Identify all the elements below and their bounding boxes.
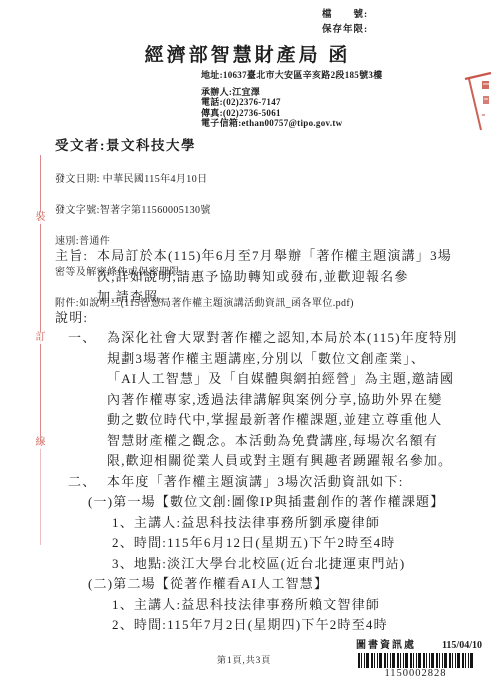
document-title: 經濟部智慧財產局 函 xyxy=(0,40,495,67)
description-section: 說明: xyxy=(55,308,465,329)
item-2-label: 二、 xyxy=(68,472,107,493)
barcode-icon xyxy=(358,653,473,668)
description-label: 說明: xyxy=(55,308,97,329)
session-1-speaker: 1、主講人:益思科技法律事務所劉承慶律師 xyxy=(112,513,465,534)
binding-mark-middle: 訂 xyxy=(34,332,47,344)
receipt-stamp-date: 115/04/10 xyxy=(442,640,482,651)
session-1-heading: (一)第一場【數位文創:圖像IP與插畫創作的著作權課題】 xyxy=(88,492,465,513)
binding-mark-top: 裝 xyxy=(34,212,47,224)
item-1-label: 一、 xyxy=(68,328,107,349)
item-1-text: 為深化社會大眾對著作權之認知,本局於本(115)年度特別 規劃3場著作權主題講座… xyxy=(107,328,458,472)
subject-label: 主旨: xyxy=(55,246,97,267)
sender-email: 電子信箱:ethan00757@tipo.gov.tw xyxy=(201,118,383,129)
letter-body: 主旨: 本局訂於本(115)年6月至7月舉辦「著作權主題演講」3場 次,詳如說明… xyxy=(55,246,465,636)
file-header-block: 檔 號: 保存年限: xyxy=(322,8,368,38)
meta-number-line: 發文字號:智著字第11560005130號 xyxy=(55,203,354,219)
sender-address: 地址:10637臺北市大安區辛亥路2段185號3樓 xyxy=(201,70,383,81)
document-page: 檔 號: 保存年限: 經濟部智慧財產局 函 地址:10637臺北市大安區辛亥路2… xyxy=(0,0,495,700)
retention-label: 保存年限: xyxy=(322,23,368,38)
barcode-number: 1150002828 xyxy=(356,668,475,679)
description-item-1: 一、 為深化社會大眾對著作權之認知,本局於本(115)年度特別 規劃3場著作權主… xyxy=(68,328,465,472)
binding-line-faded xyxy=(40,445,41,545)
receipt-stamp-unit: 圖書資訊處 xyxy=(356,636,416,651)
binding-mark-bottom: 線 xyxy=(34,437,47,449)
red-corner-stamp-icon xyxy=(458,66,495,138)
file-number-label: 檔 號: xyxy=(322,8,368,23)
description-item-2: 二、 本年度「著作權主題演講」3場次活動資訊如下: xyxy=(68,472,465,493)
sender-fax: 傳真:(02)2736-5061 xyxy=(201,108,383,119)
subject-text: 本局訂於本(115)年6月至7月舉辦「著作權主題演講」3場 次,詳如說明,請惠予… xyxy=(97,246,452,308)
session-2-time: 2、時間:115年7月2日(星期四)下午2時至4時 xyxy=(112,615,465,636)
footer-page-info: 第1頁,共3頁 xyxy=(217,653,271,666)
item-2-text: 本年度「著作權主題演講」3場次活動資訊如下: xyxy=(107,472,404,493)
sender-officer: 承辦人:江宜澤 xyxy=(201,87,383,98)
sender-info-block: 地址:10637臺北市大安區辛亥路2段185號3樓 承辦人:江宜澤 電話:(02… xyxy=(201,70,383,129)
session-1-time: 2、時間:115年6月12日(星期五)下午2時至4時 xyxy=(112,533,465,554)
sender-phone: 電話:(02)2376-7147 xyxy=(201,97,383,108)
session-1-place: 3、地點:淡江大學台北校區(近台北捷運東門站) xyxy=(112,554,465,575)
recipient-line: 受文者:景文科技大學 xyxy=(55,134,196,154)
receipt-stamp: 圖書資訊處 115/04/10 1150002828 xyxy=(356,636,482,679)
subject-paragraph: 主旨: 本局訂於本(115)年6月至7月舉辦「著作權主題演講」3場 次,詳如說明… xyxy=(55,246,465,308)
receipt-stamp-header: 圖書資訊處 115/04/10 xyxy=(356,636,482,651)
binding-line xyxy=(40,155,41,445)
session-2-heading: (二)第二場【從著作權看AI人工智慧】 xyxy=(88,574,465,595)
session-2-speaker: 1、主講人:益思科技法律事務所賴文智律師 xyxy=(112,595,465,616)
meta-date-line: 發文日期: 中華民國115年4月10日 xyxy=(55,172,354,188)
